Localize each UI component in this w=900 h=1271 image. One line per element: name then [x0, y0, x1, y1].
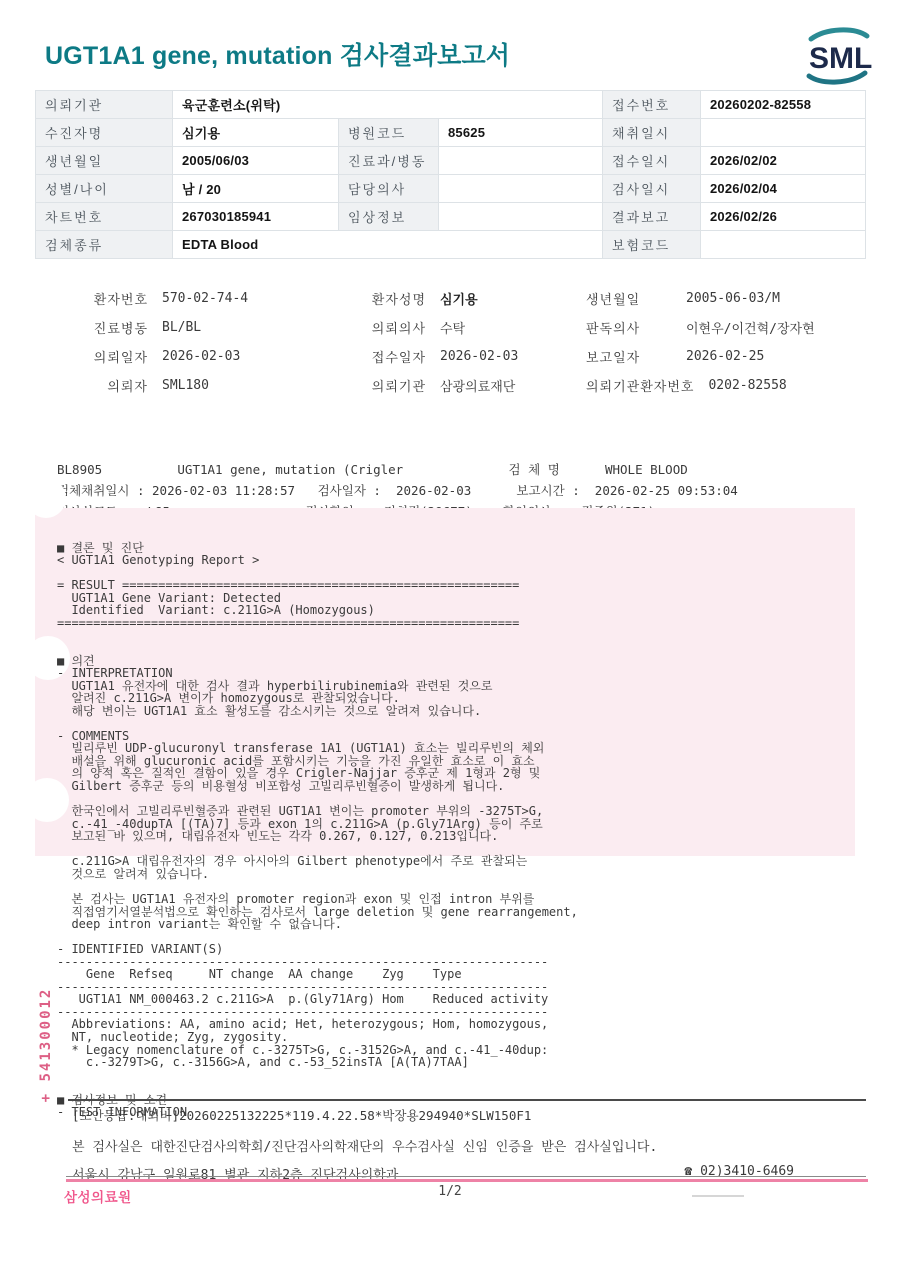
info-label: 차트번호	[36, 203, 173, 231]
scanned-patient-block: 환자번호570-02-74-4 환자성명심기용 생년월일2005-06-03/M…	[60, 284, 865, 400]
patient-value: 0202-82558	[708, 378, 786, 393]
report-line: c.-3279T>G, c.-3156G>A, and c.-53_52insT…	[57, 1056, 869, 1069]
info-value: 육군훈련소(위탁)	[173, 91, 603, 119]
footer-pink-rule	[66, 1179, 868, 1182]
patient-value: 2005-06-03/M	[686, 291, 780, 306]
patient-value: BL/BL	[162, 320, 201, 335]
patient-label: 의뢰일자	[60, 347, 148, 366]
info-value	[439, 203, 603, 231]
patient-value: 수탁	[440, 318, 465, 337]
report-line: = RESULT ===============================…	[57, 579, 869, 592]
test-header-line: 검체채취일시 : 2026-02-03 11:28:57 검사일자 : 2026…	[57, 480, 869, 501]
certification-line: 본 검사실은 대한진단검사의학회/진단검사의학재단의 우수검사실 신임 인증을 …	[72, 1136, 657, 1155]
info-label: 결과보고	[603, 203, 701, 231]
page-number: 1/2	[0, 1184, 900, 1199]
info-label: 진료과/병동	[339, 147, 439, 175]
report-line: 알려진 c.211G>A 변이가 homozygous로 관찰되었습니다.	[57, 692, 869, 705]
sml-logo-text: SML	[809, 42, 872, 75]
patient-label: 의뢰의사	[338, 318, 426, 337]
test-header-line: BL8905 UGT1A1 gene, mutation (Crigler 검 …	[57, 459, 869, 480]
report-line: c.211G>A 대립유전자의 경우 아시아의 Gilbert phenotyp…	[57, 855, 869, 868]
report-line: 본 검사는 UGT1A1 유전자의 promoter region과 exon …	[57, 893, 869, 906]
info-row: 수진자명 심기용 병원코드 85625 채취일시	[36, 119, 866, 147]
report-line: ========================================…	[57, 617, 869, 630]
info-value: 심기용	[173, 119, 339, 147]
info-row: 성별/나이 남 / 20 담당의사 검사일시 2026/02/04	[36, 175, 866, 203]
patient-value: 이현우/이건혁/장자현	[686, 318, 815, 337]
report-line: NT, nucleotide; Zyg, zygosity.	[57, 1031, 869, 1044]
patient-label: 생년월일	[586, 289, 672, 308]
info-value	[701, 119, 866, 147]
info-label: 의뢰기관	[36, 91, 173, 119]
report-line: < UGT1A1 Genotyping Report >	[57, 554, 869, 567]
patient-label: 접수일자	[338, 347, 426, 366]
patient-label: 의뢰자	[60, 376, 148, 395]
info-value	[701, 231, 866, 259]
info-value	[439, 175, 603, 203]
patient-label: 환자번호	[60, 289, 148, 308]
info-label: 보험코드	[603, 231, 701, 259]
info-value: 남 / 20	[173, 175, 339, 203]
info-row: 검체종류 EDTA Blood 보험코드	[36, 231, 866, 259]
patient-row: 의뢰일자2026-02-03 접수일자2026-02-03 보고일자2026-0…	[60, 342, 865, 371]
report-line: UGT1A1 NM_000463.2 c.211G>A p.(Gly71Arg)…	[57, 993, 869, 1006]
info-value: 267030185941	[173, 203, 339, 231]
info-table: 의뢰기관 육군훈련소(위탁) 접수번호 20260202-82558 수진자명 …	[35, 90, 866, 259]
patient-value: SML180	[162, 378, 209, 393]
report-line: 보고된 바 있으며, 대립유전자 빈도는 각각 0.267, 0.127, 0.…	[57, 830, 869, 843]
report-line: Gene Refseq NT change AA change Zyg Type	[57, 968, 869, 981]
patient-label: 보고일자	[586, 347, 672, 366]
info-value: 2026/02/04	[701, 175, 866, 203]
report-line	[57, 629, 869, 642]
info-label: 접수일시	[603, 147, 701, 175]
patient-row: 환자번호570-02-74-4 환자성명심기용 생년월일2005-06-03/M	[60, 284, 865, 313]
info-value	[439, 147, 603, 175]
info-label: 성별/나이	[36, 175, 173, 203]
report-line: 해당 변이는 UGT1A1 효소 활성도를 감소시키는 것으로 알려져 있습니다…	[57, 705, 869, 718]
patient-label: 의뢰기관	[338, 376, 426, 395]
info-row: 의뢰기관 육군훈련소(위탁) 접수번호 20260202-82558	[36, 91, 866, 119]
page-title: UGT1A1 gene, mutation 검사결과보고서	[45, 36, 510, 72]
info-value: 2026/02/02	[701, 147, 866, 175]
sml-logo-icon: SML	[796, 26, 880, 86]
report-line: - IDENTIFIED VARIANT(S)	[57, 943, 869, 956]
patient-label: 환자성명	[338, 289, 426, 308]
patient-value: 2026-02-03	[162, 349, 240, 364]
info-label: 병원코드	[339, 119, 439, 147]
report-line	[57, 642, 869, 655]
patient-label: 의뢰기관환자번호	[586, 376, 694, 395]
report-page: UGT1A1 gene, mutation 검사결과보고서 SML 의뢰기관 육…	[0, 0, 900, 1271]
info-label: 검체종류	[36, 231, 173, 259]
info-label: 채취일시	[603, 119, 701, 147]
specimen-code-vertical: + 541300012	[38, 975, 54, 1115]
patient-row: 진료병동BL/BL 의뢰의사수탁 판독의사이현우/이건혁/장자현	[60, 313, 865, 342]
info-label: 수진자명	[36, 119, 173, 147]
genotyping-report-body: ■ 결론 및 진단< UGT1A1 Genotyping Report >= R…	[57, 504, 869, 1119]
report-line	[57, 717, 869, 730]
report-line: Gilbert 증후군 등의 비용혈성 비포합성 고빌리루빈혈증이 발생하게 됩…	[57, 780, 869, 793]
patient-value: 삼광의료재단	[440, 376, 515, 395]
patient-name-value: 심기용	[440, 289, 478, 308]
patient-value: 570-02-74-4	[162, 291, 248, 306]
info-label: 생년월일	[36, 147, 173, 175]
patient-label: 판독의사	[586, 318, 672, 337]
info-value: EDTA Blood	[173, 231, 603, 259]
report-line: - INTERPRETATION	[57, 667, 869, 680]
report-line: deep intron variant는 확인할 수 없습니다.	[57, 918, 869, 931]
footer-top-rule	[68, 1099, 866, 1101]
report-line: 것으로 알려져 있습니다.	[57, 868, 869, 881]
report-line: ■ 의견	[57, 655, 869, 668]
info-value: 2026/02/26	[701, 203, 866, 231]
patient-label: 진료병동	[60, 318, 148, 337]
report-line	[57, 1081, 869, 1094]
info-value: 2005/06/03	[173, 147, 339, 175]
info-value: 20260202-82558	[701, 91, 866, 119]
info-row: 차트번호 267030185941 임상정보 결과보고 2026/02/26	[36, 203, 866, 231]
info-label: 접수번호	[603, 91, 701, 119]
info-row: 생년월일 2005/06/03 진료과/병동 접수일시 2026/02/02	[36, 147, 866, 175]
info-label: 임상정보	[339, 203, 439, 231]
info-label: 검사일시	[603, 175, 701, 203]
scan-artifact	[692, 1195, 744, 1197]
info-value: 85625	[439, 119, 603, 147]
report-line: 한국인에서 고빌리루빈혈증과 관련된 UGT1A1 변이는 promoter 부…	[57, 805, 869, 818]
patient-value: 2026-02-03	[440, 349, 518, 364]
patient-value: 2026-02-25	[686, 349, 764, 364]
footer-gray-rule	[66, 1176, 866, 1177]
report-line	[57, 1069, 869, 1082]
security-line: [보안등급:대외비]20260225132225*119.4.22.58*박장용…	[72, 1106, 531, 1124]
info-label: 담당의사	[339, 175, 439, 203]
